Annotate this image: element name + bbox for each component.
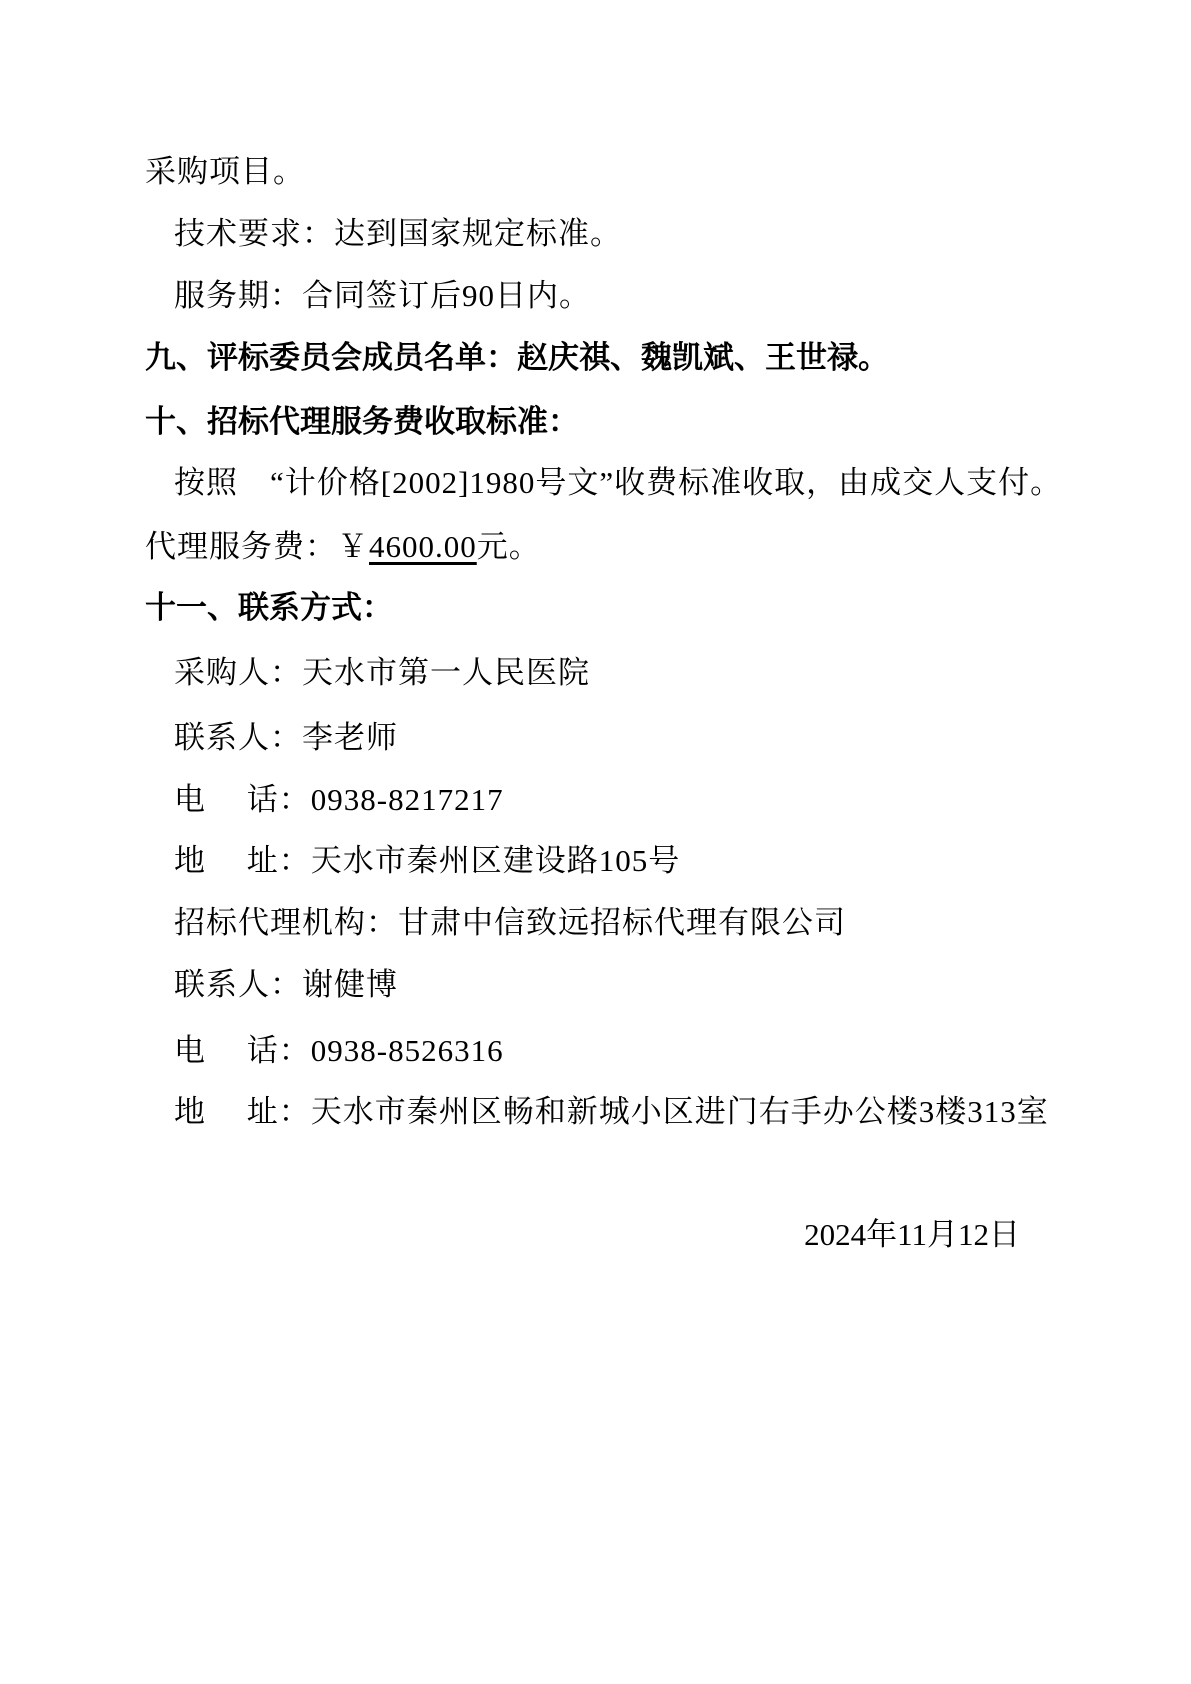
paragraph-technical-requirements: 技术要求：达到国家规定标准。 [174, 215, 622, 254]
paragraph-service-period: 服务期：合同签订后90日内。 [174, 277, 591, 316]
paragraph-purchaser: 采购人：天水市第一人民医院 [174, 654, 590, 693]
section-heading-10-agency-fee-standard: 十、招标代理服务费收取标准： [145, 403, 579, 442]
paragraph-purchaser-contact: 联系人：李老师 [174, 719, 398, 758]
paragraph-agency-contact: 联系人：谢健博 [174, 966, 398, 1005]
paragraph-purchaser-address: 地 址：天水市秦州区建设路105号 [174, 842, 680, 881]
paragraph-agency-fee: 代理服务费：￥4600.00元。 [145, 528, 541, 567]
agency-fee-prefix: 代理服务费：￥ [145, 529, 369, 564]
document-date: 2024年11月12日 [145, 1216, 1020, 1255]
paragraph-fee-basis: 按照 “计价格[2002]1980号文”收费标准收取，由成交人支付。 [174, 464, 1062, 503]
agency-fee-amount: 4600.00 [369, 529, 477, 564]
section-heading-9-evaluation-committee: 九、评标委员会成员名单：赵庆祺、魏凯斌、王世禄。 [145, 339, 889, 378]
paragraph-agency-phone: 电 话：0938-8526316 [174, 1032, 504, 1071]
paragraph-agency-address: 地 址：天水市秦州区畅和新城小区进门右手办公楼3楼313室 [174, 1093, 1049, 1132]
section-heading-11-contact-info: 十一、联系方式： [145, 589, 393, 628]
paragraph-agency: 招标代理机构：甘肃中信致远招标代理有限公司 [174, 904, 846, 943]
document-page: 采购项目。 技术要求：达到国家规定标准。 服务期：合同签订后90日内。 九、评标… [0, 0, 1191, 1684]
agency-fee-suffix: 元。 [477, 529, 541, 564]
paragraph-purchaser-phone: 电 话：0938-8217217 [174, 781, 504, 820]
paragraph-procurement-project-tail: 采购项目。 [145, 153, 305, 192]
